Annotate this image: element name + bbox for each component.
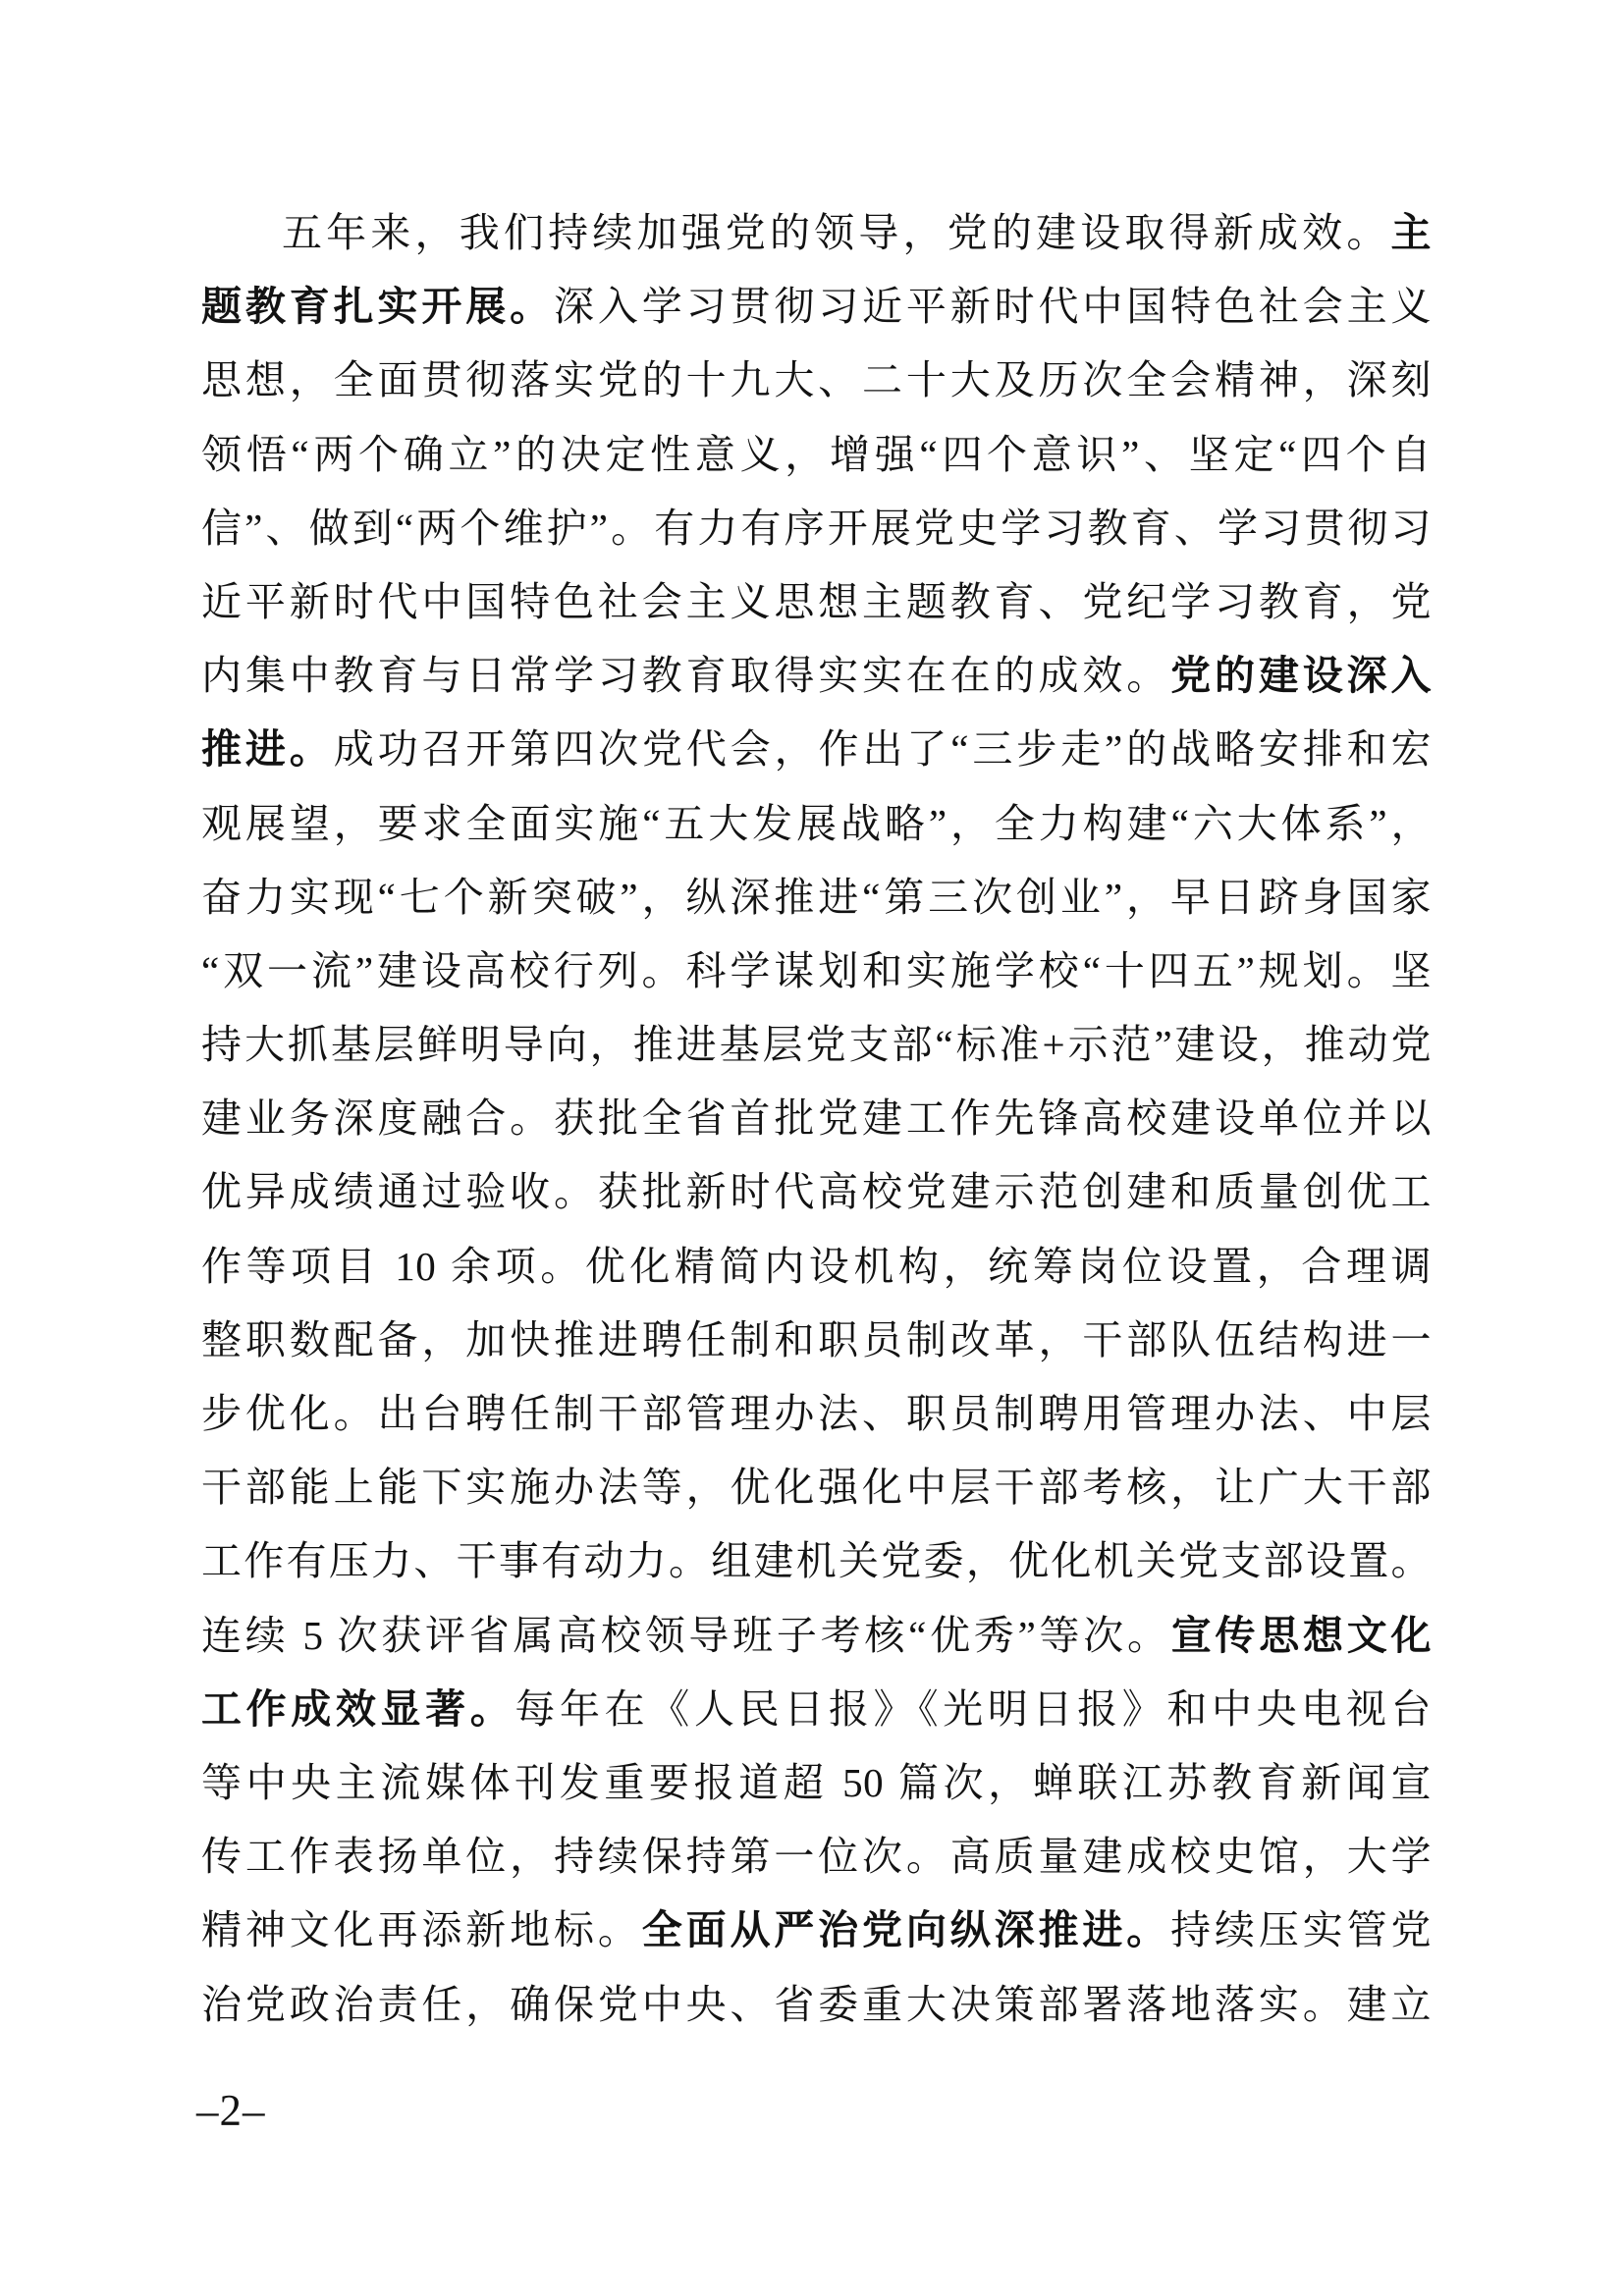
text-line: 五年来，我们持续加强党的领导，党的建设取得新成效。主 bbox=[201, 196, 1432, 270]
text-line: 持大抓基层鲜明导向，推进基层党支部“标准+示范”建设，推动党 bbox=[201, 1008, 1432, 1082]
text-line: 推进。成功召开第四次党代会，作出了“三步走”的战略安排和宏 bbox=[201, 713, 1432, 786]
emphasis-text: 工作成效显著。 bbox=[201, 1686, 514, 1732]
text-line: 作等项目 10 余项。优化精简内设机构，统筹岗位设置，合理调 bbox=[201, 1230, 1432, 1304]
body-text: 近平新时代中国特色社会主义思想主题教育、党纪学习教育，党 bbox=[201, 579, 1432, 624]
body-text: 精神文化再添新地标。 bbox=[201, 1907, 642, 1952]
emphasis-text: 党的建设深入 bbox=[1170, 653, 1432, 698]
body-text: 建业务深度融合。获批全省首批党建工作先锋高校建设单位并以 bbox=[201, 1095, 1432, 1141]
text-line: 治党政治责任，确保党中央、省委重大决策部署落地落实。建立 bbox=[201, 1968, 1432, 2042]
text-line: 连续 5 次获评省属高校领导班子考核“优秀”等次。宣传思想文化 bbox=[201, 1599, 1432, 1673]
text-line: 步优化。出台聘任制干部管理办法、职员制聘用管理办法、中层 bbox=[201, 1377, 1432, 1451]
text-line: 内集中教育与日常学习教育取得实实在在的成效。党的建设深入 bbox=[201, 639, 1432, 713]
text-line: 优异成绩通过验收。获批新时代高校党建示范创建和质量创优工 bbox=[201, 1155, 1432, 1229]
text-line: 奋力实现“七个新突破”，纵深推进“第三次创业”，早日跻身国家 bbox=[201, 861, 1432, 934]
text-line: 题教育扎实开展。深入学习贯彻习近平新时代中国特色社会主义 bbox=[201, 270, 1432, 344]
emphasis-text: 题教育扎实开展。 bbox=[201, 284, 554, 329]
body-text: 持大抓基层鲜明导向，推进基层党支部“标准+示范”建设，推动党 bbox=[201, 1022, 1432, 1067]
text-line: 工作成效显著。每年在《人民日报》《光明日报》和中央电视台 bbox=[201, 1673, 1432, 1746]
body-text: 信”、做到“两个维护”。有力有序开展党史学习教育、学习贯彻习 bbox=[201, 506, 1432, 551]
text-line: 建业务深度融合。获批全省首批党建工作先锋高校建设单位并以 bbox=[201, 1082, 1432, 1155]
body-text: 干部能上能下实施办法等，优化强化中层干部考核，让广大干部 bbox=[201, 1465, 1432, 1510]
text-line: 近平新时代中国特色社会主义思想主题教育、党纪学习教育，党 bbox=[201, 565, 1432, 639]
text-line: “双一流”建设高校行列。科学谋划和实施学校“十四五”规划。坚 bbox=[201, 934, 1432, 1008]
document-page: 五年来，我们持续加强党的领导，党的建设取得新成效。主题教育扎实开展。深入学习贯彻… bbox=[0, 0, 1624, 2296]
body-text: 步优化。出台聘任制干部管理办法、职员制聘用管理办法、中层 bbox=[201, 1391, 1432, 1436]
body-text: 治党政治责任，确保党中央、省委重大决策部署落地落实。建立 bbox=[201, 1982, 1432, 2027]
body-text: 内集中教育与日常学习教育取得实实在在的成效。 bbox=[201, 653, 1170, 698]
text-line: 观展望，要求全面实施“五大发展战略”，全力构建“六大体系”， bbox=[201, 787, 1432, 861]
emphasis-text: 主 bbox=[1391, 210, 1433, 255]
text-line: 工作有压力、干事有动力。组建机关党委，优化机关党支部设置。 bbox=[201, 1524, 1432, 1598]
emphasis-text: 宣传思想文化 bbox=[1171, 1613, 1432, 1658]
text-line: 干部能上能下实施办法等，优化强化中层干部考核，让广大干部 bbox=[201, 1451, 1432, 1524]
body-text: 整职数配备，加快推进聘任制和职员制改革，干部队伍结构进一 bbox=[201, 1317, 1432, 1362]
page-number: –2– bbox=[196, 2085, 266, 2136]
body-text: 领悟“两个确立”的决定性意义，增强“四个意识”、坚定“四个自 bbox=[201, 432, 1432, 477]
body-text: 每年在《人民日报》《光明日报》和中央电视台 bbox=[514, 1686, 1432, 1732]
body-text: 成功召开第四次党代会，作出了“三步走”的战略安排和宏 bbox=[334, 726, 1432, 772]
body-text: 思想，全面贯彻落实党的十九大、二十大及历次全会精神，深刻 bbox=[201, 357, 1432, 402]
text-line: 信”、做到“两个维护”。有力有序开展党史学习教育、学习贯彻习 bbox=[201, 492, 1432, 565]
body-text: 观展望，要求全面实施“五大发展战略”，全力构建“六大体系”， bbox=[201, 801, 1432, 846]
text-line: 等中央主流媒体刊发重要报道超 50 篇次，蝉联江苏教育新闻宣 bbox=[201, 1746, 1432, 1820]
body-text: 连续 5 次获评省属高校领导班子考核“优秀”等次。 bbox=[201, 1613, 1171, 1658]
text-line: 思想，全面贯彻落实党的十九大、二十大及历次全会精神，深刻 bbox=[201, 344, 1432, 417]
emphasis-text: 推进。 bbox=[201, 726, 334, 772]
text-line: 精神文化再添新地标。全面从严治党向纵深推进。持续压实管党 bbox=[201, 1894, 1432, 1967]
body-text: 五年来，我们持续加强党的领导，党的建设取得新成效。 bbox=[282, 210, 1391, 255]
body-text: 工作有压力、干事有动力。组建机关党委，优化机关党支部设置。 bbox=[201, 1538, 1432, 1583]
emphasis-text: 全面从严治党向纵深推进。 bbox=[642, 1907, 1170, 1952]
body-text: 持续压实管党 bbox=[1170, 1907, 1432, 1952]
body-text: 奋力实现“七个新突破”，纵深推进“第三次创业”，早日跻身国家 bbox=[201, 875, 1432, 920]
body-text: 优异成绩通过验收。获批新时代高校党建示范创建和质量创优工 bbox=[201, 1169, 1432, 1214]
document-body: 五年来，我们持续加强党的领导，党的建设取得新成效。主题教育扎实开展。深入学习贯彻… bbox=[201, 196, 1432, 2042]
body-text: 传工作表扬单位，持续保持第一位次。高质量建成校史馆，大学 bbox=[201, 1834, 1432, 1879]
body-text: “双一流”建设高校行列。科学谋划和实施学校“十四五”规划。坚 bbox=[201, 948, 1432, 993]
text-line: 传工作表扬单位，持续保持第一位次。高质量建成校史馆，大学 bbox=[201, 1820, 1432, 1894]
body-text: 等中央主流媒体刊发重要报道超 50 篇次，蝉联江苏教育新闻宣 bbox=[201, 1760, 1432, 1805]
body-text: 深入学习贯彻习近平新时代中国特色社会主义 bbox=[554, 284, 1432, 329]
body-text: 作等项目 10 余项。优化精简内设机构，统筹岗位设置，合理调 bbox=[201, 1244, 1432, 1289]
text-line: 领悟“两个确立”的决定性意义，增强“四个意识”、坚定“四个自 bbox=[201, 418, 1432, 492]
text-line: 整职数配备，加快推进聘任制和职员制改革，干部队伍结构进一 bbox=[201, 1304, 1432, 1377]
